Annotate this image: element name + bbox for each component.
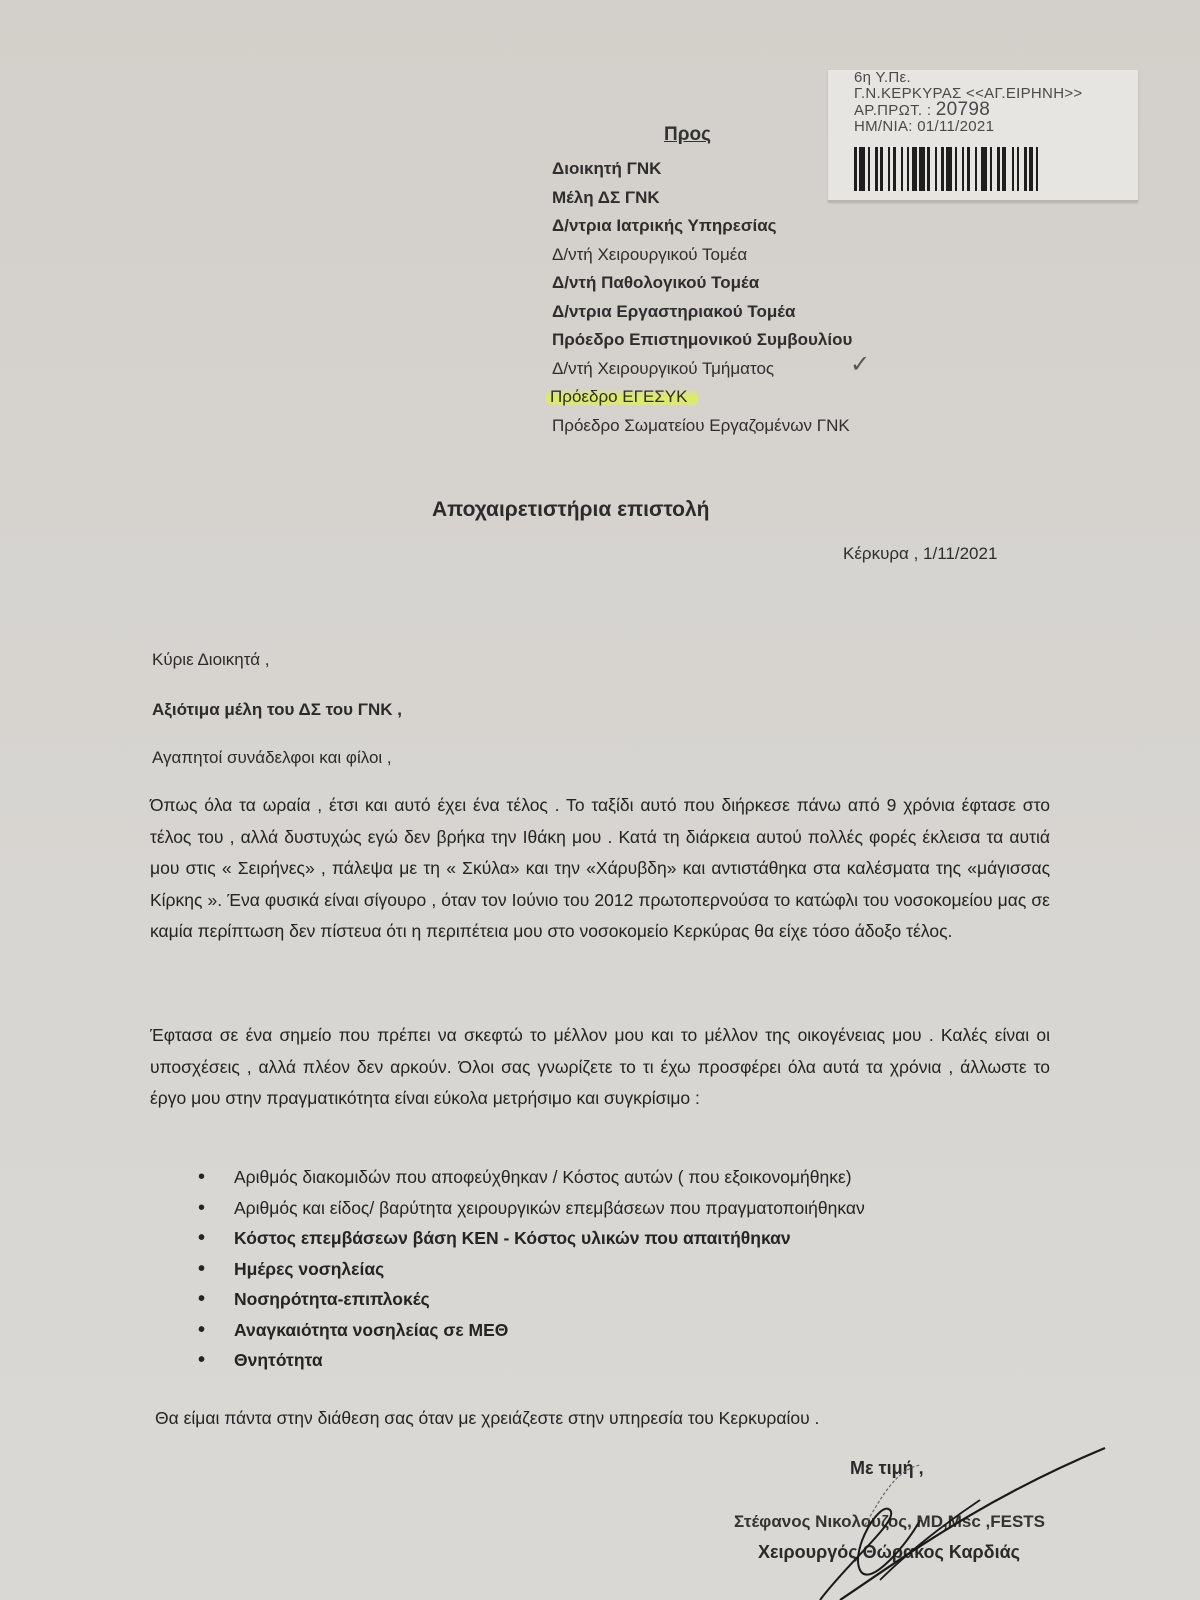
list-item: Αριθμός και είδος/ βαρύτητα χειρουργικών…	[198, 1193, 865, 1224]
signer-title: Χειρουργός Θώρακος Καρδιάς	[758, 1542, 1020, 1563]
recipient-item: Πρόεδρο Επιστημονικού Συμβουλίου	[552, 326, 852, 355]
list-item: Αριθμός διακομιδών που αποφεύχθηκαν / Κό…	[198, 1162, 865, 1193]
salutation-board: Αξιότιμα μέλη του ΔΣ του ΓΝΚ ,	[152, 700, 402, 720]
recipient-item: Δ/ντρια Εργαστηριακού Τομέα	[552, 298, 852, 327]
closing-sentence: Θα είμαι πάντα στην διάθεση σας όταν με …	[155, 1408, 819, 1429]
stamp-authority: 6η Υ.Πε.	[854, 70, 1082, 86]
scanned-letter-page: 6η Υ.Πε. Γ.Ν.ΚΕΡΚΥΡΑΣ <<ΑΓ.ΕΙΡΗΝΗ>> ΑΡ.Π…	[0, 0, 1200, 1600]
recipient-item: Μέλη ΔΣ ΓΝΚ	[552, 184, 852, 213]
protocol-label: ΑΡ.ΠΡΩΤ. :	[854, 102, 931, 119]
date-value: 01/11/2021	[917, 118, 994, 135]
protocol-stamp: 6η Υ.Πε. Γ.Ν.ΚΕΡΚΥΡΑΣ <<ΑΓ.ΕΙΡΗΝΗ>> ΑΡ.Π…	[828, 70, 1138, 202]
list-item: Ημέρες νοσηλείας	[198, 1254, 865, 1285]
list-item: Θνητότητα	[198, 1345, 865, 1376]
paragraph-1: Όπως όλα τα ωραία , έτσι και αυτό έχει έ…	[150, 790, 1050, 948]
recipients-title: Προς	[664, 124, 711, 146]
paragraph-2: Έφτασα σε ένα σημείο που πρέπει να σκεφτ…	[150, 1020, 1050, 1115]
stamp-protocol: ΑΡ.ΠΡΩΤ. : 20798	[854, 102, 1082, 119]
check-mark-icon: ✓	[850, 350, 870, 379]
date-label: ΗΜ/ΝΙΑ:	[854, 118, 913, 135]
recipient-item: Δ/ντρια Ιατρικής Υπηρεσίας	[552, 212, 852, 241]
salutation-colleagues: Αγαπητοί συνάδελφοι και φίλοι ,	[152, 748, 392, 768]
recipient-item: Πρόεδρο Σωματείου Εργαζομένων ΓΝΚ	[552, 412, 852, 441]
regards: Με τιμή ,	[850, 1458, 924, 1479]
salutation-director: Κύριε Διοικητά ,	[152, 650, 270, 670]
letter-title: Αποχαιρετιστήρια επιστολή	[432, 498, 709, 522]
list-item: Αναγκαιότητα νοσηλείας σε ΜΕΘ	[198, 1315, 865, 1346]
recipient-item-highlighted: Πρόεδρο ΕΓΕΣΥΚ	[552, 383, 852, 412]
protocol-number: 20798	[936, 99, 990, 120]
list-item: Νοσηρότητα-επιπλοκές	[198, 1284, 865, 1315]
recipients-list: Διοικητή ΓΝΚ Μέλη ΔΣ ΓΝΚ Δ/ντρια Ιατρική…	[552, 155, 852, 440]
list-item: Κόστος επεμβάσεων βάση ΚΕΝ - Κόστος υλικ…	[198, 1223, 865, 1254]
recipient-item: Δ/ντή Χειρουργικού Τμήματος	[552, 355, 852, 384]
recipient-item: Δ/ντή Παθολογικού Τομέα	[552, 269, 852, 298]
recipient-item: Διοικητή ΓΝΚ	[552, 155, 852, 184]
barcode-icon	[854, 147, 1044, 191]
stamp-text: 6η Υ.Πε. Γ.Ν.ΚΕΡΚΥΡΑΣ <<ΑΓ.ΕΙΡΗΝΗ>> ΑΡ.Π…	[854, 70, 1082, 135]
recipient-item: Δ/ντή Χειρουργικού Τομέα	[552, 241, 852, 270]
stamp-date: ΗΜ/ΝΙΑ: 01/11/2021	[854, 119, 1082, 135]
place-date: Κέρκυρα , 1/11/2021	[843, 544, 997, 564]
highlighted-recipient: Πρόεδρο ΕΓΕΣΥΚ	[546, 387, 698, 406]
signer-name: Στέφανος Νικολούζος, MD,Msc ,FESTS	[734, 1512, 1045, 1532]
metrics-list: Αριθμός διακομιδών που αποφεύχθηκαν / Κό…	[198, 1162, 865, 1376]
